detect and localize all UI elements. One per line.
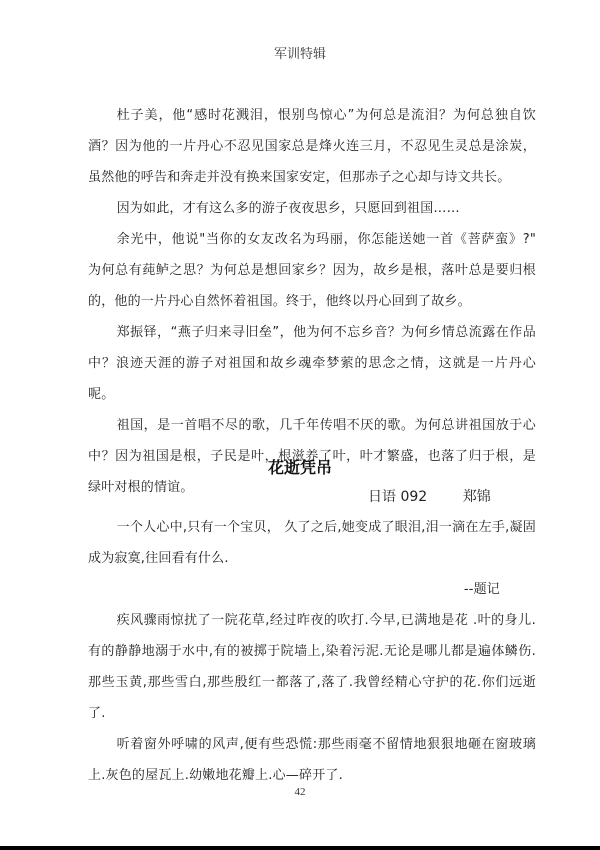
author-class: 日语 092 xyxy=(368,489,427,505)
epigraph-signoff: --题记 xyxy=(88,574,536,605)
paragraph: 郑振铎，“燕子归来寻旧垒”，他为何不忘乡音？为何乡情总流露在作品中？浪迹天涯的游… xyxy=(88,317,536,410)
paragraph: 疾风骤雨惊扰了一院花草,经过昨夜的吹打.今早,已满地是花 .叶的身儿.有的静静地… xyxy=(88,605,536,729)
paragraph: 听着窗外呼啸的风声,便有些恐慌:那些雨毫不留情地狠狠地砸在窗玻璃上.灰色的屋瓦上… xyxy=(88,729,536,791)
article-body: 一个人心中,只有一个宝贝， 久了之后,她变成了眼泪,泪一滴在左手,凝固成为寂寞,… xyxy=(88,512,536,791)
paragraph: 因为如此，才有这么多的游子夜夜思乡，只愿回到祖国…… xyxy=(88,193,536,224)
article-title: 花逝凭吊 xyxy=(0,455,600,478)
page-number: 42 xyxy=(0,786,600,798)
section-patriotism-essay: 杜子美，他“感时花溅泪，恨别鸟惊心”为何总是流泪？为何总独自饮酒？因为他的一片丹… xyxy=(88,100,536,503)
page-edge-divider xyxy=(0,846,600,850)
paragraph: 余光中，他说"当你的女友改名为玛丽，你怎能送她一首《菩萨蛮》?" 为何总有莼鲈之… xyxy=(88,224,536,317)
byline: 日语 092 郑锦 xyxy=(368,486,491,506)
epigraph: 一个人心中,只有一个宝贝， 久了之后,她变成了眼泪,泪一滴在左手,凝固成为寂寞,… xyxy=(88,512,536,574)
document-page: 军训特辑 杜子美，他“感时花溅泪，恨别鸟惊心”为何总是流泪？为何总独自饮酒？因为… xyxy=(0,0,600,846)
running-header: 军训特辑 xyxy=(0,43,600,62)
author-name: 郑锦 xyxy=(463,489,491,505)
paragraph: 杜子美，他“感时花溅泪，恨别鸟惊心”为何总是流泪？为何总独自饮酒？因为他的一片丹… xyxy=(88,100,536,193)
